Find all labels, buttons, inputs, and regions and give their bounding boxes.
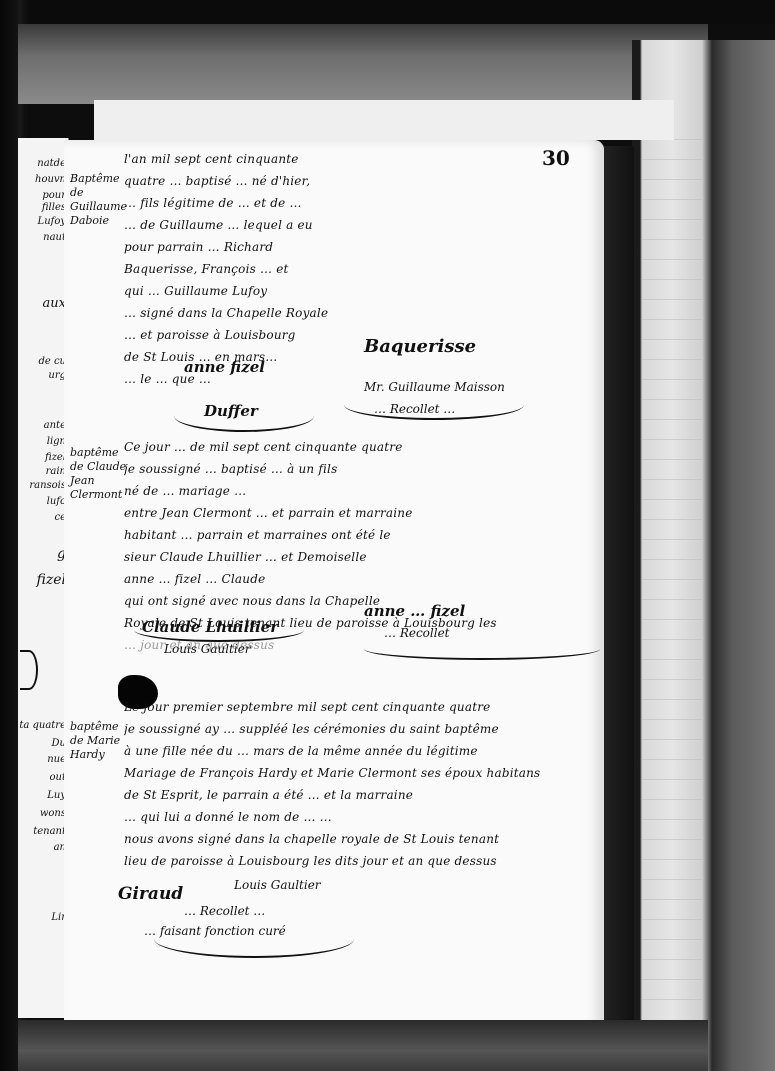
signature-flourish <box>344 390 524 420</box>
entry-line: … de Guillaume … lequel a eu <box>124 214 594 236</box>
entry-line: lieu de paroisse à Louisbourg les dits j… <box>124 850 594 872</box>
left-fragment: tenant <box>33 826 66 837</box>
page-edge-shadow <box>604 146 634 1026</box>
margin-note-line: de Guillaume <box>70 186 130 214</box>
signature: Louis Gaultier <box>234 878 321 892</box>
left-fragment: fizel <box>37 572 66 588</box>
entry-line: pour parrain … Richard <box>124 236 594 258</box>
signature-flourish <box>174 400 314 432</box>
entry-line: sieur Claude Lhuillier … et Demoiselle <box>124 546 594 568</box>
left-fragment: filles <box>42 202 66 213</box>
baptism-entry-1: l'an mil sept cent cinquante quatre … ba… <box>124 148 594 390</box>
entry-line: Mariage de François Hardy et Marie Clerm… <box>124 762 594 784</box>
signature: … Recollet … <box>184 904 265 918</box>
signature: anne fizel <box>184 358 265 376</box>
signature-flourish <box>154 920 354 958</box>
margin-note-line: de Claude <box>70 460 130 474</box>
margin-note-line: Baptême <box>70 172 130 186</box>
entry-line: Baquerisse, François … et <box>124 258 594 280</box>
margin-note-line: Daboie <box>70 214 130 228</box>
back-sheet <box>94 100 674 140</box>
baptism-entry-3: Le jour premier septembre mil sept cent … <box>124 696 594 872</box>
entry-line: né de … mariage … <box>124 480 594 502</box>
margin-note-line: de Marie <box>70 734 130 748</box>
ink-rosette-mark <box>20 650 38 690</box>
left-fragment: de cu <box>38 356 66 367</box>
margin-note-entry-1: Baptême de Guillaume Daboie <box>70 172 130 228</box>
entry-line: … qui lui a donné le nom de … … <box>124 806 594 828</box>
entry-line: l'an mil sept cent cinquante <box>124 148 594 170</box>
margin-note-entry-3: baptême de Marie Hardy <box>70 720 130 762</box>
signature: Baquerisse <box>364 336 476 357</box>
margin-note-line: baptême <box>70 446 130 460</box>
entry-line: nous avons signé dans la chapelle royale… <box>124 828 594 850</box>
left-fragment: Lufoy <box>38 216 66 227</box>
signature: Giraud <box>118 884 183 904</box>
margin-note-line: Jean <box>70 474 130 488</box>
left-fragment: ransois <box>29 480 66 491</box>
signature-flourish <box>134 618 304 642</box>
left-fragment: naut <box>43 232 66 243</box>
margin-note-line: Clermont <box>70 488 130 502</box>
entry-line: qui ont signé avec nous dans la Chapelle <box>124 590 594 612</box>
entry-line: de St Esprit, le parrain a été … et la m… <box>124 784 594 806</box>
entry-line: je soussigné … baptisé … à un fils <box>124 458 594 480</box>
bottom-binding-board <box>18 1020 708 1071</box>
entry-line: Le jour premier septembre mil sept cent … <box>124 696 594 718</box>
entry-line: … signé dans la Chapelle Royale <box>124 302 594 324</box>
entry-line: anne … fizel … Claude <box>124 568 594 590</box>
left-fragment: natde <box>37 158 66 169</box>
entry-line: je soussigné ay … suppléé les cérémonies… <box>124 718 594 740</box>
entry-line: quatre … baptisé … né d'hier, <box>124 170 594 192</box>
margin-note-line: Hardy <box>70 748 130 762</box>
left-fragment: rain <box>46 466 66 477</box>
left-facing-page: natde houvn pour filles Lufoy naut aux d… <box>18 138 69 1018</box>
entry-line: … fils légitime de … et de … <box>124 192 594 214</box>
left-fragment: aux <box>43 296 66 311</box>
signature-flourish <box>364 638 600 660</box>
signature: Louis Gaultier <box>164 642 251 656</box>
left-fragment: fizel <box>45 452 66 463</box>
entry-line: qui … Guillaume Lufoy <box>124 280 594 302</box>
entry-line: entre Jean Clermont … et parrain et marr… <box>124 502 594 524</box>
left-fragment: pour <box>42 190 66 201</box>
ledger-ruling <box>642 120 702 1000</box>
left-fragment: houvn <box>35 174 66 185</box>
signature: anne … fizel <box>364 602 465 620</box>
left-fragment: ta quatre <box>19 720 66 731</box>
margin-note-entry-2: baptême de Claude Jean Clermont <box>70 446 130 502</box>
left-fragment: wons <box>40 808 66 819</box>
margin-note-line: baptême <box>70 720 130 734</box>
left-fragment: ante <box>44 420 66 431</box>
entry-line: Ce jour … de mil sept cent cinquante qua… <box>124 436 594 458</box>
entry-line: habitant … parrain et marraines ont été … <box>124 524 594 546</box>
top-binding-board <box>18 24 708 104</box>
entry-line: … et paroisse à Louisbourg <box>124 324 594 346</box>
entry-line: à une fille née du … mars de la même ann… <box>124 740 594 762</box>
register-page: 30 Baptême de Guillaume Daboie l'an mil … <box>64 140 604 1028</box>
